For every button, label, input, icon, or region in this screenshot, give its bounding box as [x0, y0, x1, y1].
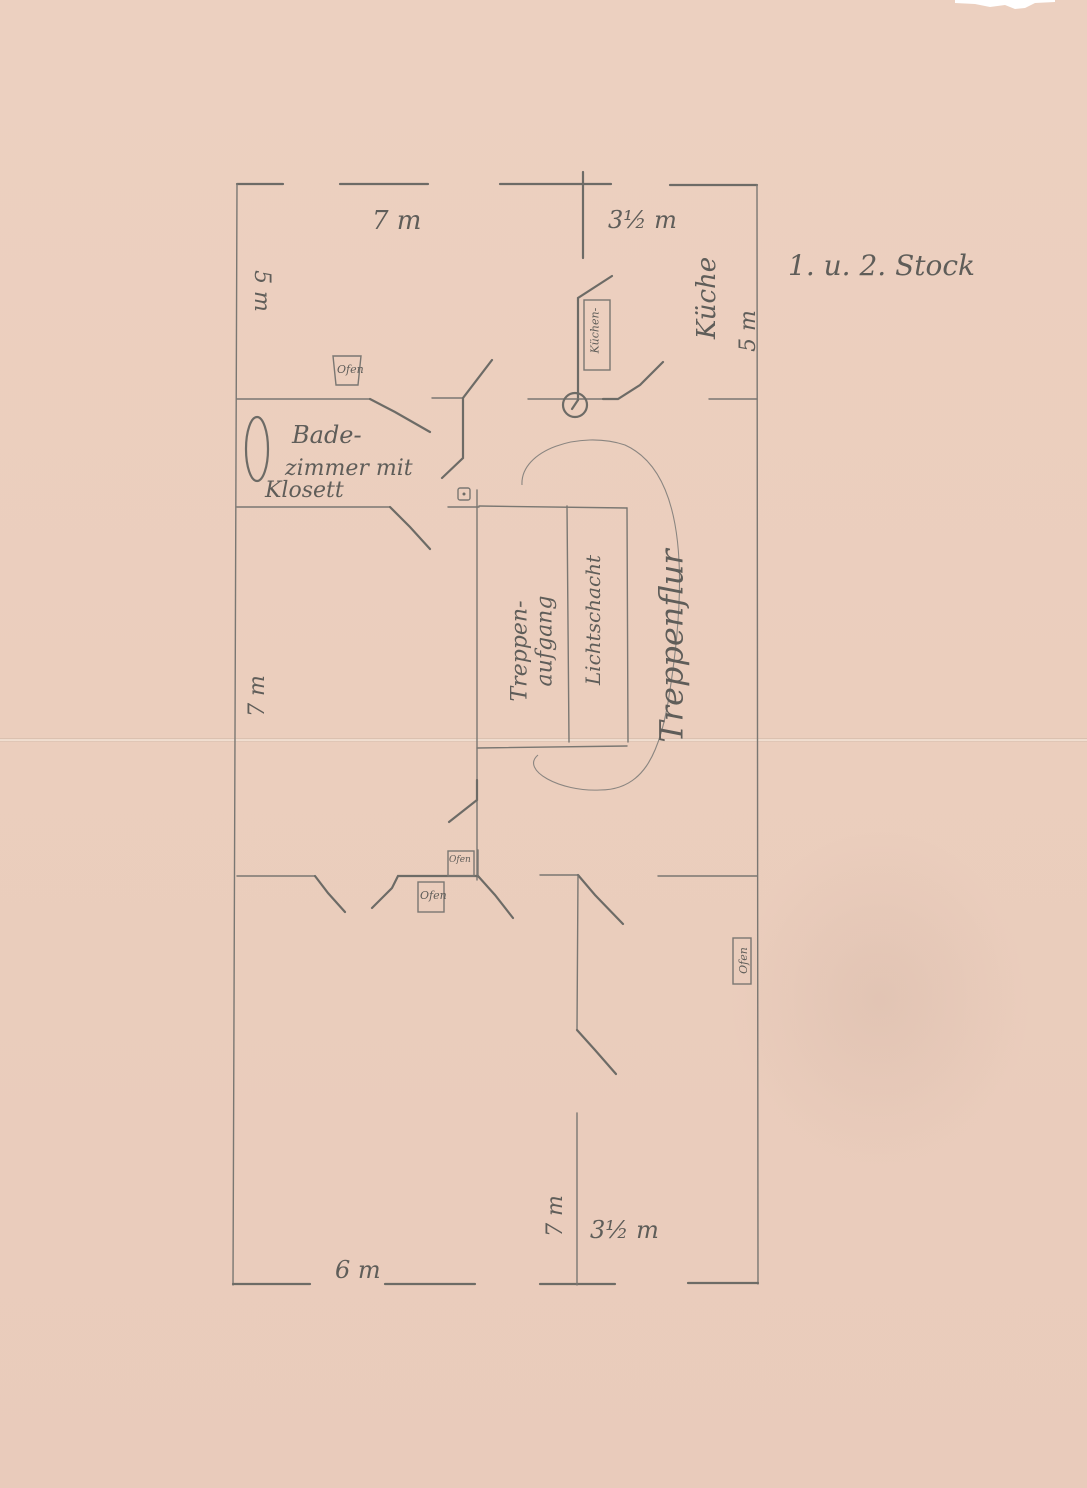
kitchen-label: Küche [694, 257, 720, 339]
bathroom-label-line3: Klosett [265, 480, 344, 502]
kitchen-stove-label: Küchen- [589, 308, 600, 354]
dim-bottom-right-width: 3½ m [590, 1218, 659, 1242]
kitchen-stove-line1: Küchen- [588, 308, 601, 354]
stair-hall-label: Treppenflur [656, 549, 688, 742]
light-shaft-label: Lichtschacht [583, 555, 603, 685]
floor-plan-drawing [0, 0, 1087, 1488]
stair-entrance-line1: Treppen- [510, 601, 532, 702]
door-hall-left [449, 780, 477, 822]
bathroom-label-line2: zimmer mit [285, 458, 413, 480]
stove-bottom-right-label: Ofen [738, 947, 749, 974]
dim-top-left-width: 7 m [372, 208, 421, 234]
stove-bottom-small-label: Ofen [449, 856, 471, 865]
dim-top-right-width: 3½ m [608, 208, 677, 232]
dim-middle-left-height: 7 m [247, 675, 269, 717]
dim-top-right-height: 5 m [738, 310, 760, 352]
bathtub-symbol [246, 417, 268, 481]
bathroom-label-line1: Bade- [292, 423, 362, 447]
dim-bottom-left-width: 6 m [335, 1258, 381, 1282]
stove-top-left-label: Ofen [337, 364, 364, 375]
dim-bottom-height: 7 m [545, 1195, 567, 1237]
stair-entrance-line2: aufgang [534, 596, 556, 687]
dim-top-left-height: 5 m [250, 270, 272, 312]
wall-above-bottom-rooms [237, 850, 757, 924]
stove-bottom-middle-label: Ofen [420, 890, 447, 901]
floor-label: 1. u. 2. Stock [788, 252, 975, 280]
